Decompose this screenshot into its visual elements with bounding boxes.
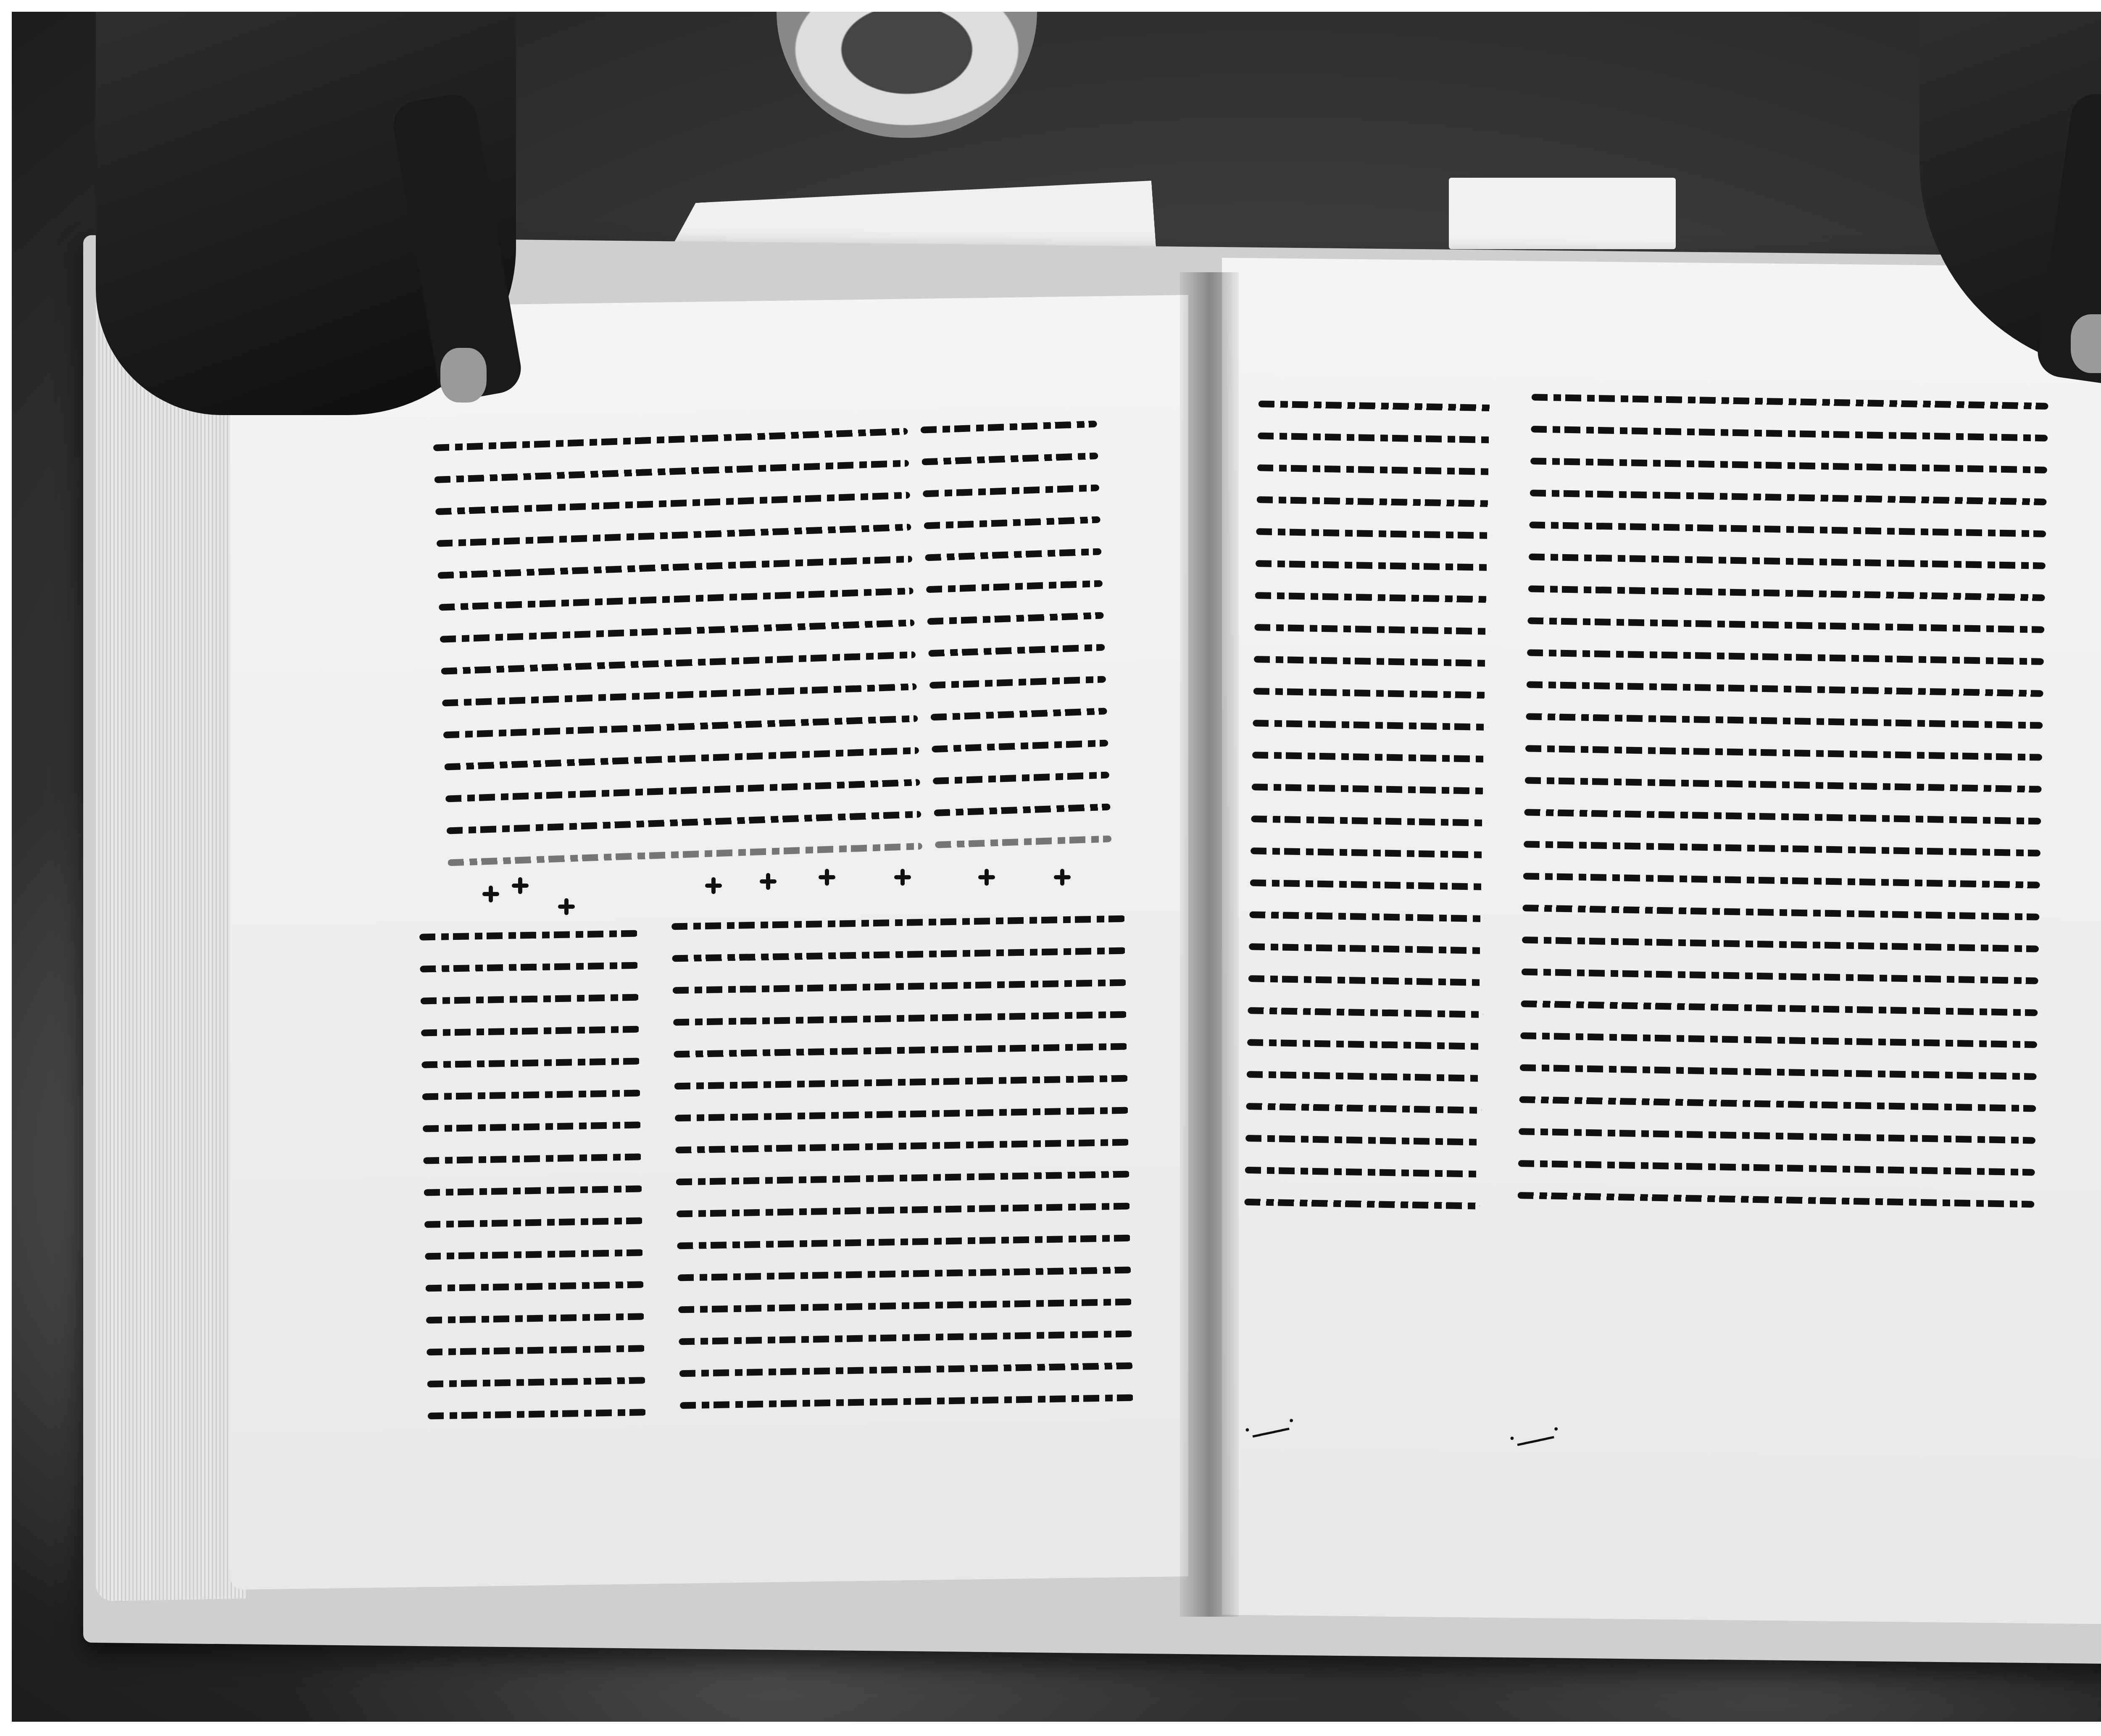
right-thumbnail: [2071, 314, 2101, 373]
quatrefoil-ornament: [760, 873, 777, 890]
quatrefoil-ornament: [512, 877, 529, 894]
quatrefoil-ornament: [819, 869, 835, 886]
photo-frame: ·ـــــ· ·ـــــ· Open manuscript book in …: [0, 0, 2101, 1736]
quatrefoil-ornament: [558, 898, 575, 915]
quatrefoil-ornament: [705, 877, 722, 894]
left-page-lower-column-1: [419, 918, 646, 1432]
shelf-label: [1449, 178, 1676, 249]
left-hand: [96, 12, 516, 415]
left-page-upper-column-2: [920, 408, 1112, 861]
right-page-column-2: [1517, 381, 2048, 1220]
quatrefoil-ornament: [1054, 869, 1071, 886]
left-page-upper-column-1: [433, 416, 923, 879]
left-page-lower-column-2: [671, 903, 1134, 1422]
quatrefoil-ornament: [482, 886, 499, 902]
left-thumbnail: [440, 348, 487, 402]
right-page-column-1: [1244, 388, 1494, 1222]
manuscript-photograph: ·ـــــ· ·ـــــ· Open manuscript book in …: [12, 12, 2101, 1722]
page-block-edge: [96, 284, 247, 1601]
book-gutter: [1180, 272, 1239, 1617]
quatrefoil-ornament: [894, 869, 911, 886]
quatrefoil-ornament: [978, 869, 995, 886]
